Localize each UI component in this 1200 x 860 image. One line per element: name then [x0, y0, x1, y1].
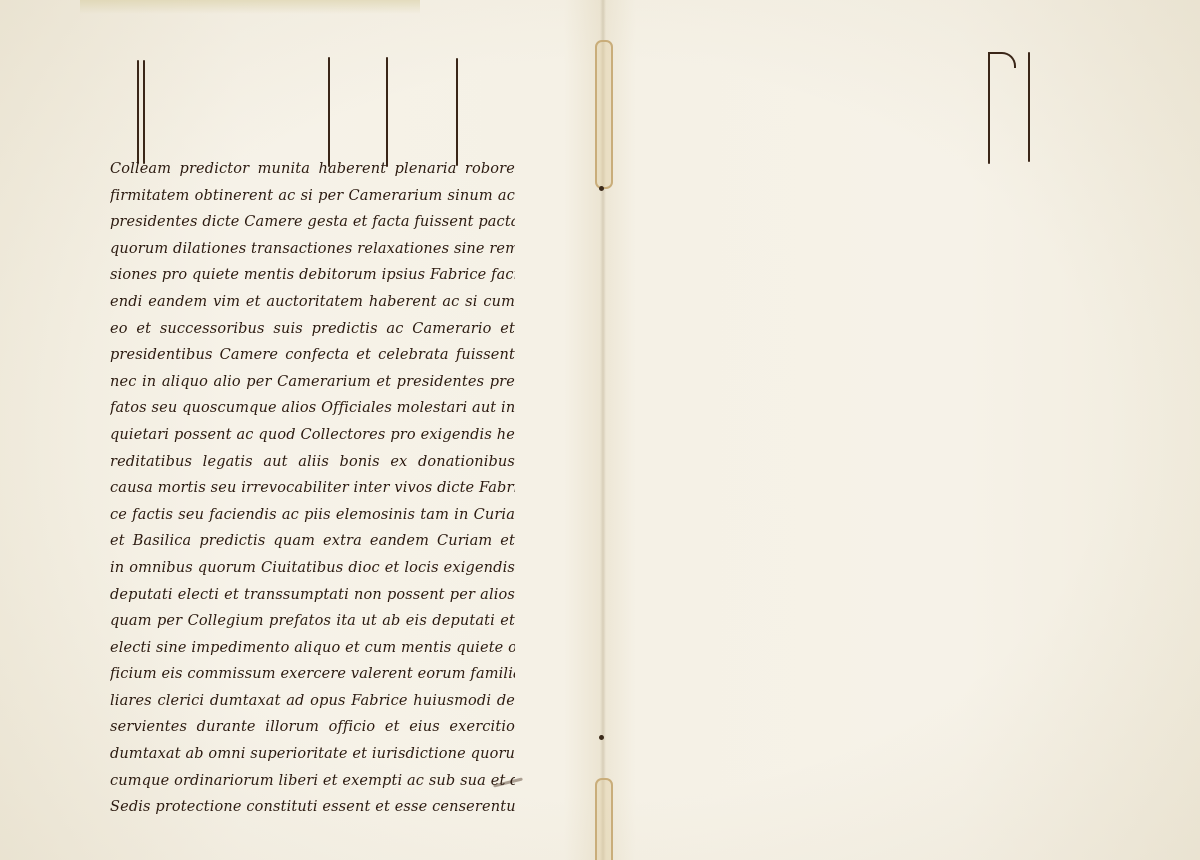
manuscript-line: firmitatem obtinerent ac si per Camerari… — [110, 183, 515, 210]
manuscript-line: causa mortis seu irrevocabiliter inter v… — [110, 475, 515, 502]
ascender-flag-stroke — [988, 52, 990, 164]
manuscript-line: nec in aliquo alio per Camerarium et pre… — [110, 369, 515, 396]
ascender-stroke — [143, 60, 145, 164]
manuscript-line: presidentibus Camere confecta et celebra… — [110, 342, 515, 369]
manuscript-line: ficium eis commissum exercere valerent e… — [110, 661, 515, 688]
manuscript-line: dumtaxat ab omni superioritate et iurisd… — [110, 741, 515, 768]
ascender-stroke — [137, 60, 139, 164]
manuscript-spread: Colleam predictor munita haberent plenar… — [0, 0, 1200, 860]
manuscript-line: quorum dilationes transactiones relaxati… — [110, 236, 515, 263]
manuscript-line: et Basilica predictis quam extra eandem … — [110, 528, 515, 555]
manuscript-line: Colleam predictor munita haberent plenar… — [110, 156, 515, 183]
manuscript-line: endi eandem vim et auctoritatem haberent… — [110, 289, 515, 316]
pinhole-top — [599, 186, 604, 191]
manuscript-line: ce factis seu faciendis ac piis elemosin… — [110, 502, 515, 529]
left-page-text: Colleam predictor munita haberent plenar… — [110, 156, 515, 821]
ascender-stroke — [328, 57, 330, 167]
manuscript-line: quam per Collegium prefatos ita ut ab ei… — [110, 608, 515, 635]
right-page: Quorum Communitas Ciuitas et Universitas… — [606, 0, 1200, 860]
pinhole-bottom — [599, 735, 604, 740]
manuscript-line: fatos seu quoscumque alios Officiales mo… — [110, 395, 515, 422]
manuscript-line: in omnibus quorum Ciuitatibus dioc et lo… — [110, 555, 515, 582]
manuscript-line: eo et successoribus suis predictis ac Ca… — [110, 316, 515, 343]
manuscript-line: cumque ordinariorum liberi et exempti ac… — [110, 768, 515, 795]
manuscript-line: servientes durante illorum officio et ei… — [110, 714, 515, 741]
manuscript-line: Sedis protectione constituti essent et e… — [110, 794, 515, 821]
manuscript-line: electi sine impedimento aliquo et cum me… — [110, 635, 515, 662]
ascender-stroke — [456, 58, 458, 166]
manuscript-line: presidentes dicte Camere gesta et facta … — [110, 209, 515, 236]
ascender-stroke — [1028, 52, 1030, 162]
manuscript-line: liares clerici dumtaxat ad opus Fabrice … — [110, 688, 515, 715]
left-page: Colleam predictor munita haberent plenar… — [0, 0, 598, 860]
manuscript-line: siones pro quiete mentis debitorum ipsiu… — [110, 262, 515, 289]
ascender-stroke — [386, 57, 388, 167]
manuscript-line: reditatibus legatis aut aliis bonis ex d… — [110, 449, 515, 476]
manuscript-line: quietari possent ac quod Collectores pro… — [110, 422, 515, 449]
manuscript-line: deputati electi et transsumptati non pos… — [110, 582, 515, 609]
